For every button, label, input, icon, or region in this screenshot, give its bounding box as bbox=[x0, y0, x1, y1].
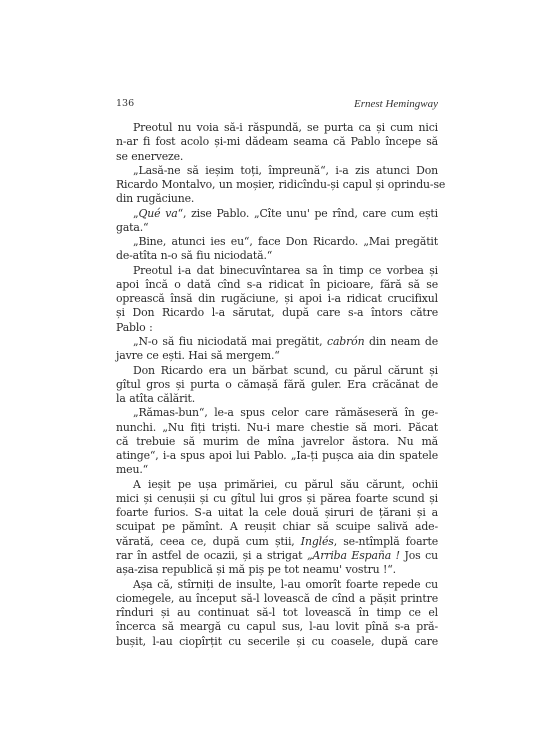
text-line: scuipat pe pămînt. A reușit chiar să scu… bbox=[116, 520, 438, 534]
text-segment: nunchi. „Nu fiți triști. Nu-i mare chest… bbox=[116, 421, 438, 434]
italic-text: „Arriba España ! bbox=[307, 549, 400, 562]
book-page: 136 Ernest Hemingway Preotul nu voia să-… bbox=[0, 0, 550, 750]
text-line: n-ar fi fost acolo și-mi dădeam seama că… bbox=[116, 135, 438, 149]
text-line: „Bine, atunci ies eu“, face Don Ricardo.… bbox=[116, 235, 438, 249]
text-line: atinge“, i-a spus apoi lui Pablo. „Ia-ți… bbox=[116, 449, 438, 463]
page-number: 136 bbox=[116, 98, 134, 110]
text-segment: Jos cu bbox=[400, 549, 438, 562]
text-segment: “, zise Pablo. „Cîte unu' pe rînd, care … bbox=[178, 207, 438, 220]
italic-text: cabrón bbox=[327, 335, 364, 348]
text-segment: și Don Ricardo l-a sărutat, după care s-… bbox=[116, 306, 438, 319]
running-head-author: Ernest Hemingway bbox=[354, 98, 438, 110]
text-line: rar în astfel de ocazii, și a strigat „A… bbox=[116, 549, 438, 563]
text-segment: scuipat pe pămînt. A reușit chiar să scu… bbox=[116, 520, 438, 533]
text-line: și Don Ricardo l-a sărutat, după care s-… bbox=[116, 306, 438, 320]
text-line: gata.“ bbox=[116, 221, 438, 235]
text-segment: rînduri și au continuat să-l tot loveasc… bbox=[116, 606, 438, 619]
text-segment: gata.“ bbox=[116, 221, 148, 234]
text-segment: „N-o să fiu niciodată mai pregătit, bbox=[133, 335, 327, 348]
text-segment: mici și cenușii și cu gîtul lui gros și … bbox=[116, 492, 438, 505]
text-segment: Preotul i-a dat binecuvîntarea sa în tim… bbox=[133, 264, 438, 277]
text-line: Ricardo Montalvo, un moșier, ridicîndu-ș… bbox=[116, 178, 438, 192]
text-segment: apoi încă o dată cînd s-a ridicat în pic… bbox=[116, 278, 438, 291]
text-line: gîtul gros și purta o cămașă fără guler.… bbox=[116, 378, 438, 392]
text-line: din rugăciune. bbox=[116, 192, 438, 206]
text-line: ciomegele, au început să-l lovească de c… bbox=[116, 592, 438, 606]
text-segment: gîtul gros și purta o cămașă fără guler.… bbox=[116, 378, 438, 391]
text-line: meu.“ bbox=[116, 463, 438, 477]
text-segment: „Lasă-ne să ieșim toți, împreună“, i-a z… bbox=[133, 164, 438, 177]
text-segment: încerca să meargă cu capul sus, l-au lov… bbox=[116, 620, 438, 633]
text-line: rînduri și au continuat să-l tot loveasc… bbox=[116, 606, 438, 620]
text-segment: oprească însă din rugăciune, și apoi i-a… bbox=[116, 292, 438, 305]
text-line: se enerveze. bbox=[116, 150, 438, 164]
text-segment: n-ar fi fost acolo și-mi dădeam seama că… bbox=[116, 135, 438, 148]
text-segment: de-atîta n-o să fiu niciodată.“ bbox=[116, 249, 272, 262]
text-line: Pablo : bbox=[116, 321, 438, 335]
text-line: „Lasă-ne să ieșim toți, împreună“, i-a z… bbox=[116, 164, 438, 178]
text-line: așa-zisa republică și mă piș pe tot neam… bbox=[116, 563, 438, 577]
text-segment: Așa că, stîrniți de insulte, l-au omorît… bbox=[133, 578, 438, 591]
text-segment: , se-ntîmplă foarte bbox=[334, 535, 438, 548]
body-text: Preotul nu voia să-i răspundă, se purta … bbox=[116, 121, 438, 649]
text-segment: rar în astfel de ocazii, și a strigat bbox=[116, 549, 307, 562]
text-segment: din rugăciune. bbox=[116, 192, 194, 205]
text-line: Don Ricardo era un bărbat scund, cu păru… bbox=[116, 364, 438, 378]
text-segment: Preotul nu voia să-i răspundă, se purta … bbox=[133, 121, 438, 134]
text-line: bușit, l-au ciopîrțit cu secerile și cu … bbox=[116, 635, 438, 649]
text-segment: bușit, l-au ciopîrțit cu secerile și cu … bbox=[116, 635, 438, 648]
text-line: oprească însă din rugăciune, și apoi i-a… bbox=[116, 292, 438, 306]
text-line: Așa că, stîrniți de insulte, l-au omorît… bbox=[116, 578, 438, 592]
text-segment: vărată, ceea ce, după cum știi, bbox=[116, 535, 301, 548]
text-line: nunchi. „Nu fiți triști. Nu-i mare chest… bbox=[116, 421, 438, 435]
text-segment: se enerveze. bbox=[116, 150, 183, 163]
text-segment: că trebuie să murim de mîna javrelor ăst… bbox=[116, 435, 438, 448]
text-line: „N-o să fiu niciodată mai pregătit, cabr… bbox=[116, 335, 438, 349]
text-segment: „Rămas-bun“, le-a spus celor care rămăse… bbox=[133, 406, 438, 419]
text-line: mici și cenușii și cu gîtul lui gros și … bbox=[116, 492, 438, 506]
text-segment: din neam de bbox=[364, 335, 438, 348]
text-segment: meu.“ bbox=[116, 463, 148, 476]
text-line: vărată, ceea ce, după cum știi, Inglés, … bbox=[116, 535, 438, 549]
text-segment: A ieșit pe ușa primăriei, cu părul său c… bbox=[133, 478, 438, 491]
text-line: foarte furios. S-a uitat la cele două și… bbox=[116, 506, 438, 520]
text-line: încerca să meargă cu capul sus, l-au lov… bbox=[116, 620, 438, 634]
text-segment: ciomegele, au început să-l lovească de c… bbox=[116, 592, 438, 605]
text-line: Preotul i-a dat binecuvîntarea sa în tim… bbox=[116, 264, 438, 278]
text-segment: atinge“, i-a spus apoi lui Pablo. „Ia-ți… bbox=[116, 449, 438, 462]
running-head: 136 Ernest Hemingway bbox=[116, 98, 438, 112]
text-line: Preotul nu voia să-i răspundă, se purta … bbox=[116, 121, 438, 135]
text-segment: „Bine, atunci ies eu“, face Don Ricardo.… bbox=[133, 235, 438, 248]
text-segment: la atîta călărit. bbox=[116, 392, 195, 405]
text-line: că trebuie să murim de mîna javrelor ăst… bbox=[116, 435, 438, 449]
text-segment: așa-zisa republică și mă piș pe tot neam… bbox=[116, 563, 396, 576]
text-line: „Rămas-bun“, le-a spus celor care rămăse… bbox=[116, 406, 438, 420]
text-segment: Pablo : bbox=[116, 321, 153, 334]
text-line: de-atîta n-o să fiu niciodată.“ bbox=[116, 249, 438, 263]
italic-text: Inglés bbox=[301, 535, 334, 548]
text-line: javre ce ești. Hai să mergem.“ bbox=[116, 349, 438, 363]
text-segment: Don Ricardo era un bărbat scund, cu păru… bbox=[133, 364, 438, 377]
text-segment: javre ce ești. Hai să mergem.“ bbox=[116, 349, 280, 362]
text-line: „Qué va“, zise Pablo. „Cîte unu' pe rînd… bbox=[116, 207, 438, 221]
text-line: la atîta călărit. bbox=[116, 392, 438, 406]
text-line: apoi încă o dată cînd s-a ridicat în pic… bbox=[116, 278, 438, 292]
text-segment: foarte furios. S-a uitat la cele două și… bbox=[116, 506, 438, 519]
italic-text: Qué va bbox=[139, 207, 178, 220]
text-line: A ieșit pe ușa primăriei, cu părul său c… bbox=[116, 478, 438, 492]
text-segment: Ricardo Montalvo, un moșier, ridicîndu-ș… bbox=[116, 178, 445, 191]
